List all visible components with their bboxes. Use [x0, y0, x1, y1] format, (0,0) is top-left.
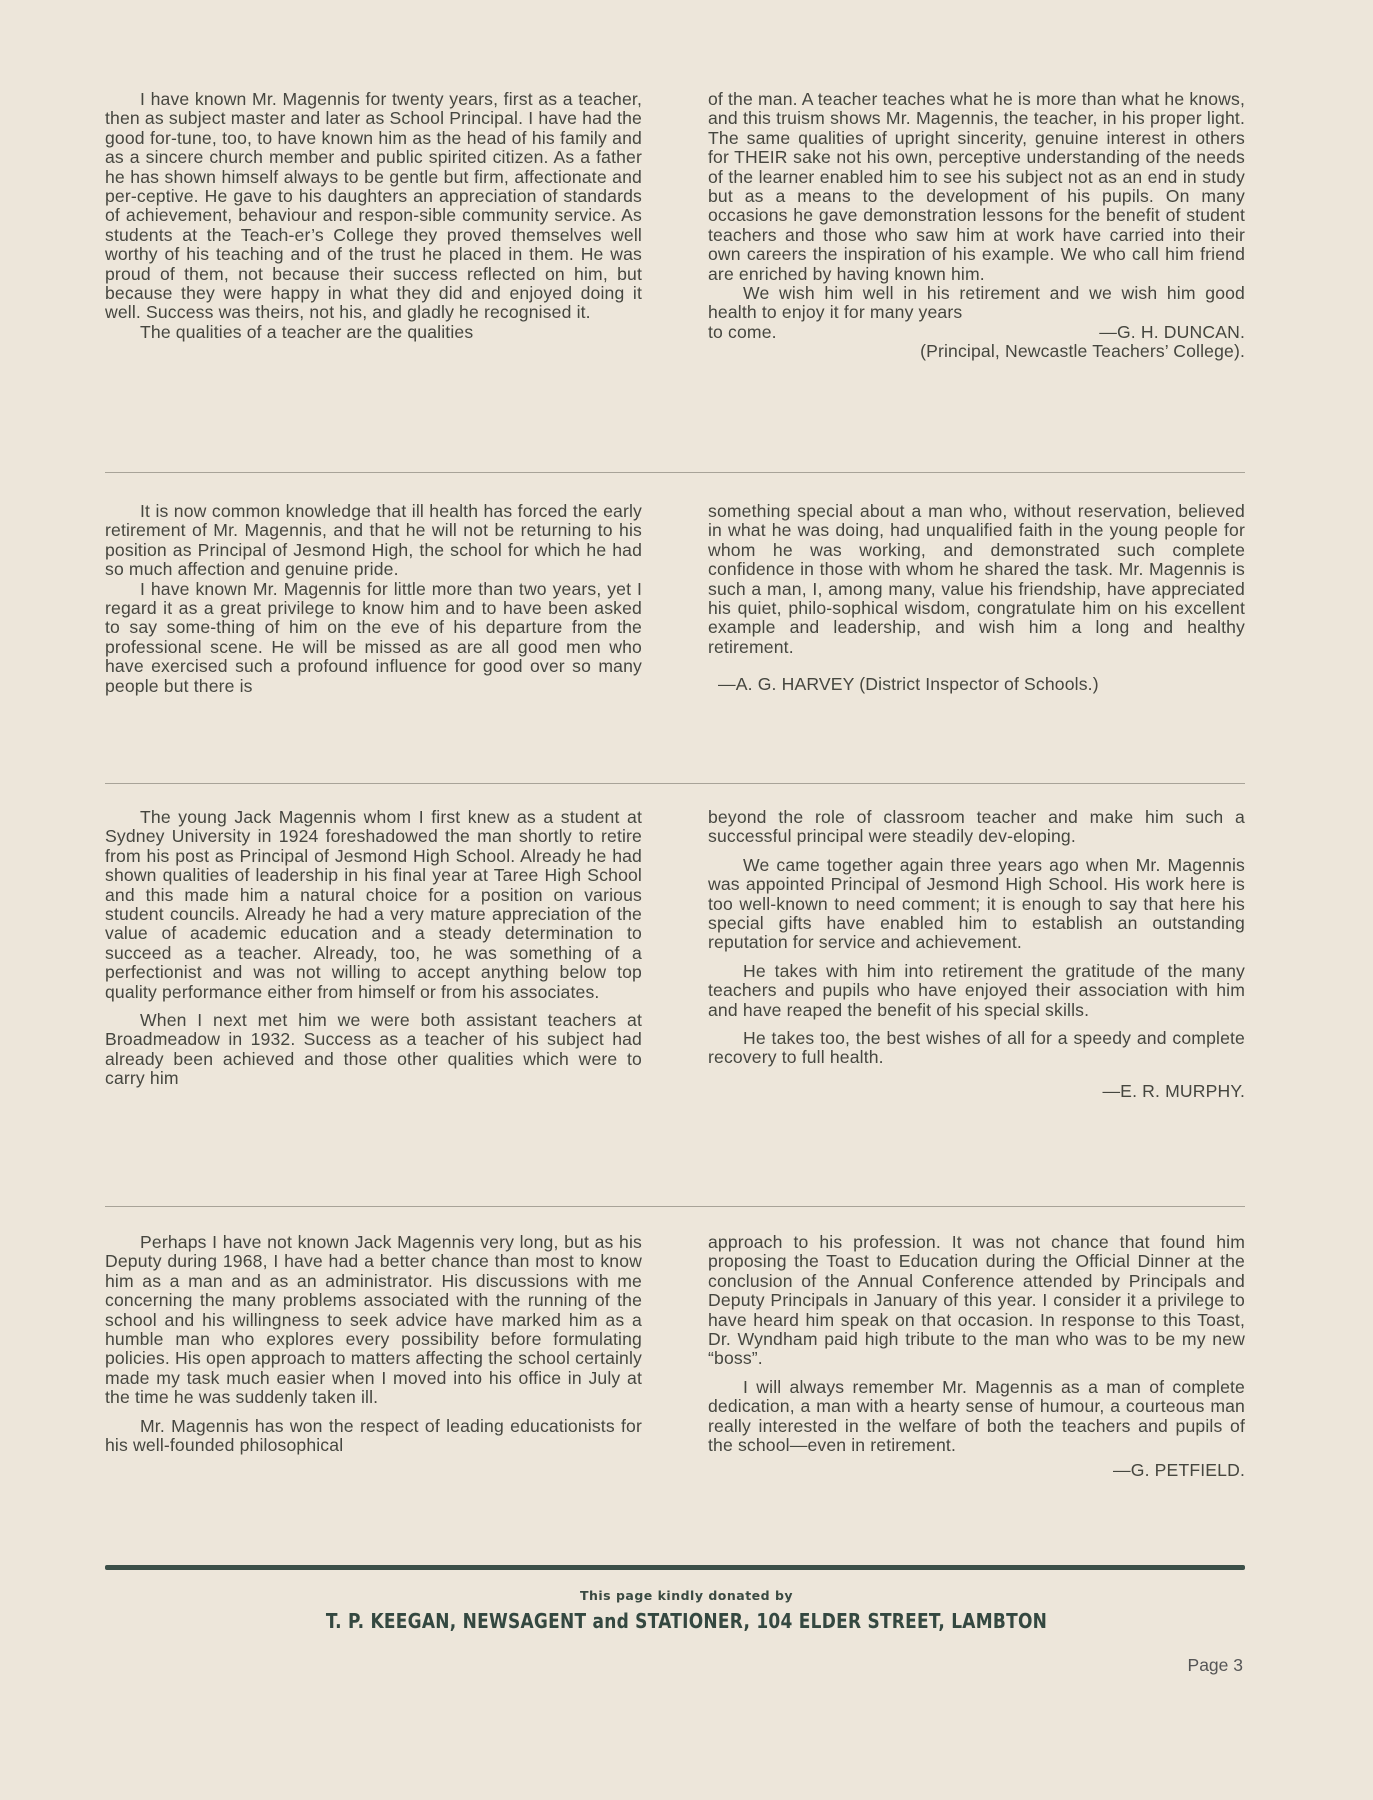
document-page: I have known Mr. Magennis for twenty yea…	[0, 0, 1373, 1800]
paragraph: The young Jack Magennis whom I first kne…	[105, 808, 642, 1002]
paragraph: He takes too, the best wishes of all for…	[708, 1029, 1245, 1068]
paragraph: When I next met him we were both assista…	[105, 1011, 642, 1089]
paragraph: It is now common knowledge that ill heal…	[105, 502, 642, 580]
paragraph: He takes with him into retirement the gr…	[708, 962, 1245, 1020]
signature: —A. G. HARVEY (District Inspector of Sch…	[708, 675, 1245, 694]
signature-title: (Principal, Newcastle Teachers’ College)…	[708, 342, 1245, 361]
paragraph: approach to his profession. It was not c…	[708, 1233, 1245, 1369]
closing-line: to come. —G. H. DUNCAN.	[708, 323, 1245, 342]
page-number: Page 3	[1188, 1655, 1243, 1676]
column-right: approach to his profession. It was not c…	[708, 1233, 1245, 1481]
section-divider	[105, 472, 1245, 473]
donor-credit: This page kindly donated by T. P. KEEGAN…	[0, 1588, 1373, 1633]
section-divider	[105, 783, 1245, 784]
donated-by-text: This page kindly donated by	[0, 1588, 1373, 1603]
tribute-murphy: The young Jack Magennis whom I first kne…	[105, 808, 1245, 1101]
paragraph: The qualities of a teacher are the quali…	[105, 323, 642, 342]
paragraph: I will always remember Mr. Magennis as a…	[708, 1378, 1245, 1456]
paragraph: beyond the role of classroom teacher and…	[708, 808, 1245, 847]
donor-name: T. P. KEEGAN, NEWSAGENT and STATIONER, 1…	[103, 1609, 1270, 1633]
tribute-petfield: Perhaps I have not known Jack Magennis v…	[105, 1233, 1245, 1481]
tribute-harvey: It is now common knowledge that ill heal…	[105, 502, 1245, 696]
signature: —G. H. DUNCAN.	[1099, 323, 1245, 342]
column-right: something special about a man who, witho…	[708, 502, 1245, 696]
footer-divider	[105, 1565, 1245, 1570]
closing-text: to come.	[708, 323, 777, 342]
signature: —E. R. MURPHY.	[708, 1082, 1245, 1101]
column-left: I have known Mr. Magennis for twenty yea…	[105, 90, 642, 362]
paragraph: Perhaps I have not known Jack Magennis v…	[105, 1233, 642, 1408]
paragraph: We came together again three years ago w…	[708, 856, 1245, 953]
paragraph: I have known Mr. Magennis for twenty yea…	[105, 90, 642, 323]
column-left: Perhaps I have not known Jack Magennis v…	[105, 1233, 642, 1481]
column-right: beyond the role of classroom teacher and…	[708, 808, 1245, 1101]
paragraph: something special about a man who, witho…	[708, 502, 1245, 657]
paragraph: of the man. A teacher teaches what he is…	[708, 90, 1245, 284]
paragraph: I have known Mr. Magennis for little mor…	[105, 580, 642, 696]
tribute-duncan: I have known Mr. Magennis for twenty yea…	[105, 90, 1245, 362]
paragraph: Mr. Magennis has won the respect of lead…	[105, 1417, 642, 1456]
column-left: The young Jack Magennis whom I first kne…	[105, 808, 642, 1101]
section-divider	[105, 1206, 1245, 1207]
column-right: of the man. A teacher teaches what he is…	[708, 90, 1245, 362]
column-left: It is now common knowledge that ill heal…	[105, 502, 642, 696]
signature: —G. PETFIELD.	[708, 1461, 1245, 1480]
paragraph: We wish him well in his retirement and w…	[708, 284, 1245, 323]
